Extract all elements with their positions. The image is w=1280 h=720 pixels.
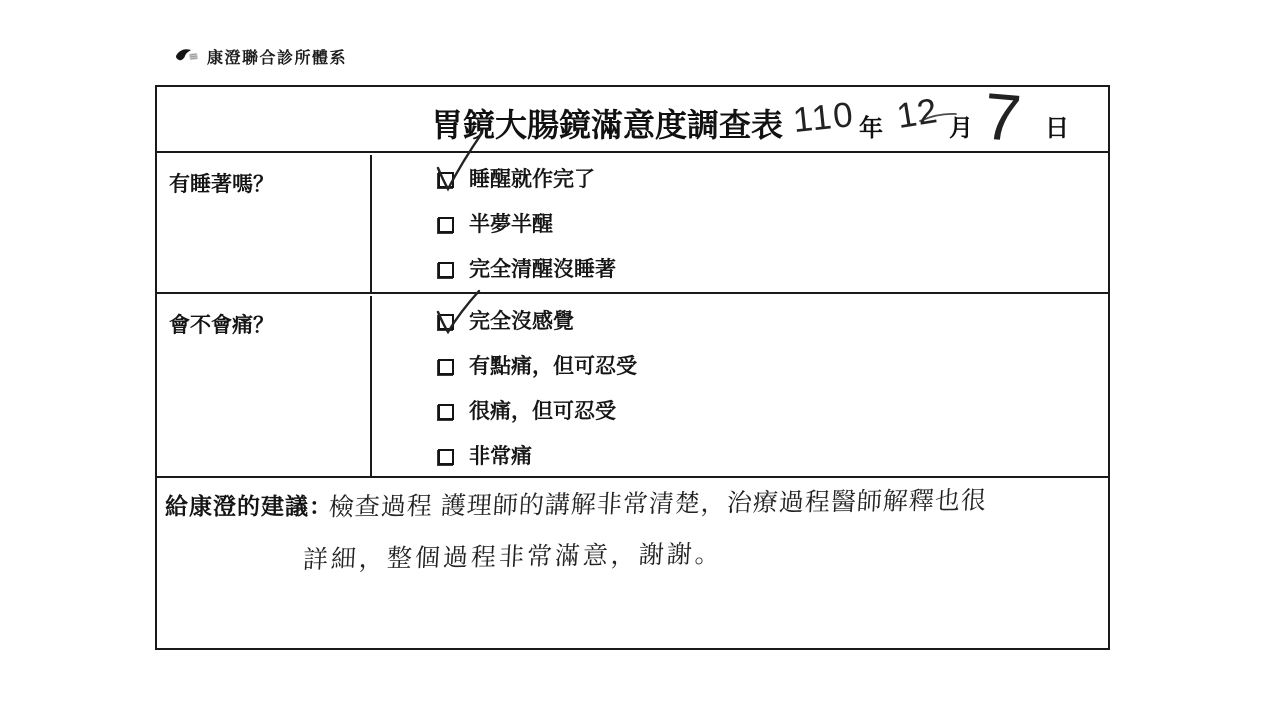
option-half-awake: 半夢半醒	[438, 213, 1108, 237]
checkbox-icon	[438, 404, 454, 420]
option-label: 睡醒就作完了	[469, 168, 595, 192]
option-label: 很痛，但可忍受	[469, 400, 616, 424]
date-month-label: 月	[949, 108, 973, 143]
checkbox-checked-icon	[438, 172, 454, 188]
clinic-logo-icon	[176, 48, 200, 65]
option-fully-awake: 完全清醒沒睡著	[438, 258, 1108, 282]
options-sleep: 睡醒就作完了 半夢半醒 完全清醒沒睡著	[374, 155, 1108, 292]
option-no-feeling: 完全沒感覺	[438, 310, 1108, 334]
form-header-row: 胃鏡大腸鏡滿意度調查表 110 年 12 月 7 日	[157, 87, 1108, 153]
clinic-logo: 康澄聯合診所體系	[176, 45, 347, 68]
date-day-label: 日	[1045, 108, 1069, 143]
survey-form-table: 胃鏡大腸鏡滿意度調查表 110 年 12 月 7 日 有睡著嗎？ 睡醒就作完了	[155, 85, 1110, 650]
date-year-handwritten: 110	[791, 95, 857, 141]
option-extremely-painful: 非常痛	[438, 445, 1108, 469]
option-label: 有點痛，但可忍受	[469, 355, 637, 379]
checkbox-icon	[438, 359, 454, 375]
option-slight-pain: 有點痛，但可忍受	[438, 355, 1108, 379]
question-row-sleep: 有睡著嗎？ 睡醒就作完了 半夢半醒 完全清醒沒睡著	[157, 155, 1108, 294]
checkbox-icon	[438, 217, 454, 233]
question-row-pain: 會不會痛？ 完全沒感覺 有點痛，但可忍受 很痛，但可忍受	[157, 296, 1108, 478]
checkbox-checked-icon	[438, 314, 454, 330]
options-pain: 完全沒感覺 有點痛，但可忍受 很痛，但可忍受 非常痛	[374, 296, 1108, 476]
handwritten-comment-line-2: 詳細，整個過程非常滿意，謝謝。	[302, 534, 724, 576]
option-label: 完全沒感覺	[469, 310, 574, 334]
checkbox-icon	[438, 449, 454, 465]
date-day-handwritten: 7	[981, 83, 1023, 152]
date-month-handwritten: 12	[894, 91, 941, 137]
question-label-sleep: 有睡著嗎？	[157, 155, 372, 292]
question-label-pain: 會不會痛？	[157, 296, 372, 476]
checkbox-icon	[438, 262, 454, 278]
option-label: 半夢半醒	[469, 213, 553, 237]
suggestion-label: 給康澄的建議：	[165, 488, 333, 521]
handwritten-comment-line-1: 檢查過程 護理師的講解非常清楚，治療過程醫師解釋也很	[328, 481, 988, 524]
suggestion-row: 給康澄的建議： 檢查過程 護理師的講解非常清楚，治療過程醫師解釋也很 詳細，整個…	[157, 480, 1108, 648]
option-label: 完全清醒沒睡著	[469, 258, 616, 282]
clinic-logo-text: 康澄聯合診所體系	[207, 45, 347, 68]
scanned-survey-form: 康澄聯合診所體系 胃鏡大腸鏡滿意度調查表 110 年 12 月 7 日 有睡著嗎…	[0, 0, 1280, 720]
option-slept-through: 睡醒就作完了	[438, 168, 1108, 192]
option-label: 非常痛	[469, 445, 532, 469]
date-year-label: 年	[859, 108, 883, 143]
option-very-painful-bearable: 很痛，但可忍受	[438, 400, 1108, 424]
form-title: 胃鏡大腸鏡滿意度調查表	[431, 100, 783, 146]
